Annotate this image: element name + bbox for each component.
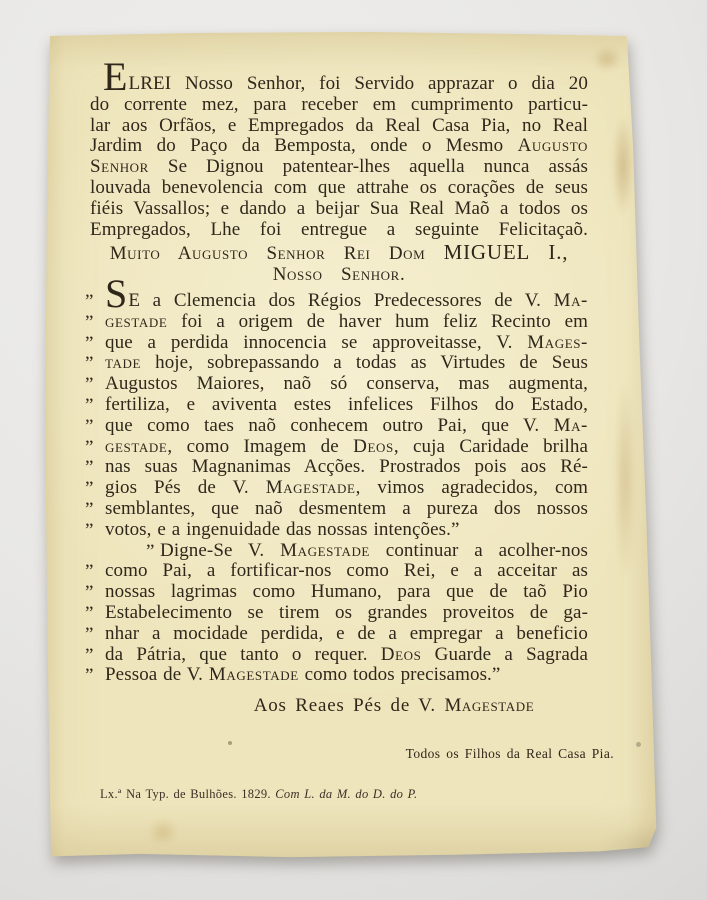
- text-segment: fiéis Vassallos; e dando a beijar Sua Re…: [90, 198, 588, 219]
- text-line: Senhor Se Dignou patentear-lhes aquella …: [90, 157, 588, 178]
- quotation-mark: ”: [146, 542, 155, 563]
- felicitation-quote-part2: ”Digne-Se V. Magestade continuar a acolh…: [90, 541, 588, 687]
- text-segment: fertiliza, e aviventa estes infelices Fi…: [105, 394, 588, 415]
- text-segment: lar aos Orfãos, e Empregados da Real Cas…: [90, 115, 588, 136]
- text-column: ELREI Nosso Senhor, foi Servido apprazar…: [90, 74, 588, 802]
- quotation-mark: ”: [85, 438, 94, 459]
- text-segment: Guarde a Sagrada: [421, 644, 588, 665]
- text-line: ”gestade, como Imagem de Deos, cuja Cari…: [90, 437, 588, 458]
- oversized-initial-letter: S: [105, 271, 127, 316]
- text-line: ”Augustos Maiores, naõ só conserva, mas …: [90, 374, 588, 395]
- text-segment: , cuja Caridade brilha: [394, 436, 588, 457]
- foxing-stain-top-right: [592, 46, 622, 72]
- text-segment: gios Pés de V.: [105, 477, 266, 498]
- text-line: ”votos, e a ingenuidade das nossas inten…: [90, 520, 588, 541]
- text-line: lar aos Orfãos, e Empregados da Real Cas…: [90, 116, 588, 137]
- text-segment: , vimos agradecidos, com: [356, 477, 588, 498]
- text-line: fiéis Vassallos; e dando a beijar Sua Re…: [90, 199, 588, 220]
- text-segment: votos, e a ingenuidade das nossas intenç…: [105, 519, 460, 540]
- text-segment: Pessoa de V.: [105, 664, 209, 685]
- text-segment: Lx.ª Na Typ. de Bulhões. 1829.: [100, 787, 275, 801]
- text-line: Nosso Senhor.: [90, 265, 588, 286]
- text-line: ”SE a Clemencia dos Régios Predecessores…: [90, 291, 588, 312]
- text-segment: Augusto: [518, 135, 588, 156]
- quotation-mark: ”: [85, 354, 94, 375]
- text-segment: Magestade: [209, 664, 299, 685]
- text-line: do corrente mez, para receber em cumprim…: [90, 95, 588, 116]
- text-line: ”semblantes, que naõ desmentem a pureza …: [90, 499, 588, 520]
- quotation-mark: ”: [85, 625, 94, 646]
- broadside-paper: ELREI Nosso Senhor, foi Servido apprazar…: [40, 28, 665, 863]
- quotation-mark: ”: [85, 500, 94, 521]
- text-segment: hoje, sobrepassando a todas as Virtudes …: [141, 352, 588, 373]
- text-line: ”gios Pés de V. Magestade, vimos agradec…: [90, 478, 588, 499]
- opening-paragraph: ELREI Nosso Senhor, foi Servido apprazar…: [90, 74, 588, 240]
- text-segment: gestade: [105, 436, 167, 457]
- text-line: ”Pessoa de V. Magestade como todos preci…: [90, 665, 588, 686]
- quotation-mark: ”: [85, 417, 94, 438]
- text-segment: que como taes naõ conhecem outro Pai, qu…: [105, 415, 554, 436]
- felicitation-quote-part1: ”SE a Clemencia dos Régios Predecessores…: [90, 291, 588, 541]
- quotation-mark: ”: [85, 375, 94, 396]
- text-segment: Ma-: [554, 290, 588, 311]
- photo-backdrop: ELREI Nosso Senhor, foi Servido apprazar…: [0, 0, 707, 900]
- text-segment: Digne-Se V.: [160, 540, 280, 561]
- quotation-mark: ”: [85, 583, 94, 604]
- text-line: Jardim do Paço da Bemposta, onde o Mesmo…: [90, 136, 588, 157]
- address-heading: Muito Augusto Senhor Rei Dom MIGUEL I.,N…: [90, 242, 588, 286]
- text-segment: continuar a acolher-nos: [370, 540, 588, 561]
- text-segment: Magestade: [280, 540, 370, 561]
- text-segment: Nosso Senhor.: [273, 264, 406, 285]
- text-line: ”Digne-Se V. Magestade continuar a acolh…: [90, 541, 588, 562]
- text-segment: E a Clemencia dos Régios Predecessores d…: [128, 290, 553, 311]
- foxing-stain-right-upper: [612, 116, 634, 216]
- text-segment: Deos: [381, 644, 422, 665]
- text-segment: semblantes, que naõ desmentem a pureza d…: [105, 498, 588, 519]
- text-line: Aos Reaes Pés de V. Magestade: [145, 696, 643, 717]
- text-segment: da Pátria, que tanto o requer.: [105, 644, 381, 665]
- closing-salutation: Aos Reaes Pés de V. Magestade: [90, 696, 588, 717]
- text-segment: louvada benevolencia com que attrahe os …: [90, 177, 588, 198]
- oversized-initial-letter: E: [103, 54, 128, 99]
- text-segment: do corrente mez, para receber em cumprim…: [90, 94, 588, 115]
- text-line: ”como Pai, a fortificar-nos como Rei, e …: [90, 561, 588, 582]
- text-segment: Muito Augusto Senhor Rei Dom: [110, 243, 444, 264]
- quotation-mark: ”: [85, 562, 94, 583]
- text-segment: que a perdida innocencia se approveitass…: [105, 332, 527, 353]
- paper-shadow-wrap: ELREI Nosso Senhor, foi Servido apprazar…: [40, 28, 665, 863]
- text-segment: Mages-: [527, 332, 588, 353]
- text-line: ”gestade foi a origem de haver hum feliz…: [90, 312, 588, 333]
- text-segment: Deos: [353, 436, 394, 457]
- text-segment: Jardim do Paço da Bemposta, onde o Mesmo: [90, 135, 518, 156]
- quotation-mark: ”: [85, 334, 94, 355]
- text-segment: Todos os Filhos da Real Casa Pia.: [406, 746, 614, 761]
- text-segment: como todos precisamos.”: [299, 664, 501, 685]
- text-segment: Aos Reaes Pés de V.: [254, 695, 445, 716]
- quotation-mark: ”: [85, 292, 94, 313]
- text-line: ”nas suas Magnanimas Acções. Prostrados …: [90, 457, 588, 478]
- text-segment: LREI Nosso Senhor, foi Servido apprazar …: [129, 73, 588, 94]
- text-segment: Magestade: [266, 477, 356, 498]
- text-segment: Augustos Maiores, naõ só conserva, mas a…: [105, 373, 588, 394]
- text-line: ”que como taes naõ conhecem outro Pai, q…: [90, 416, 588, 437]
- text-segment: Com L. da M. do D. do P.: [275, 787, 417, 801]
- text-segment: nas suas Magnanimas Acções. Prostrados p…: [105, 456, 588, 477]
- foxing-stain-bottom-left: [148, 818, 178, 846]
- quotation-mark: ”: [85, 458, 94, 479]
- ink-speck: [636, 742, 641, 747]
- quotation-mark: ”: [85, 521, 94, 542]
- text-segment: Magestade: [444, 695, 534, 716]
- text-line: Todos os Filhos da Real Casa Pia.: [90, 746, 614, 762]
- quotation-mark: ”: [85, 604, 94, 625]
- text-segment: foi a origem de haver hum feliz Recinto …: [167, 311, 588, 332]
- text-segment: , como Imagem de: [167, 436, 353, 457]
- text-segment: Se Dignou patentear-lhes aquella nunca a…: [149, 156, 588, 177]
- quotation-mark: ”: [85, 396, 94, 417]
- text-line: ”que a perdida innocencia se approveitas…: [90, 333, 588, 354]
- signature-line: Todos os Filhos da Real Casa Pia.: [90, 746, 614, 762]
- quotation-mark: ”: [85, 646, 94, 667]
- text-segment: nossas lagrimas como Humano, para que de…: [105, 581, 588, 602]
- text-line: ”nhar a mocidade perdida, e de a emprega…: [90, 624, 588, 645]
- quotation-mark: ”: [85, 313, 94, 334]
- text-segment: Ma-: [554, 415, 588, 436]
- quotation-mark: ”: [85, 666, 94, 687]
- text-segment: tade: [105, 352, 141, 373]
- text-line: Muito Augusto Senhor Rei Dom MIGUEL I.,: [90, 242, 588, 265]
- foxing-stain-right-lower: [614, 380, 636, 580]
- imprint-line: Lx.ª Na Typ. de Bulhões. 1829. Com L. da…: [90, 787, 588, 802]
- text-segment: Empregados, Lhe foi entregue a seguinte …: [90, 219, 588, 240]
- text-line: ”da Pátria, que tanto o requer. Deos Gua…: [90, 645, 588, 666]
- text-line: ”tade hoje, sobrepassando a todas as Vir…: [90, 353, 588, 374]
- text-segment: Senhor: [90, 156, 149, 177]
- text-line: Empregados, Lhe foi entregue a seguinte …: [90, 220, 588, 241]
- text-line: ”nossas lagrimas como Humano, para que d…: [90, 582, 588, 603]
- text-segment: nhar a mocidade perdida, e de a empregar…: [105, 623, 588, 644]
- text-segment: gestade: [105, 311, 167, 332]
- text-line: Lx.ª Na Typ. de Bulhões. 1829. Com L. da…: [100, 787, 588, 802]
- quotation-mark: ”: [85, 479, 94, 500]
- text-segment: como Pai, a fortificar-nos como Rei, e a…: [105, 560, 588, 581]
- text-line: ”Estabelecimento se tirem os grandes pro…: [90, 603, 588, 624]
- text-line: ”fertiliza, e aviventa estes infelices F…: [90, 395, 588, 416]
- corner-fold-shadow: [600, 824, 692, 878]
- text-segment: MIGUEL I.,: [444, 240, 569, 264]
- text-segment: Estabelecimento se tirem os grandes prov…: [105, 602, 588, 623]
- text-line: ELREI Nosso Senhor, foi Servido apprazar…: [90, 74, 588, 95]
- text-line: louvada benevolencia com que attrahe os …: [90, 178, 588, 199]
